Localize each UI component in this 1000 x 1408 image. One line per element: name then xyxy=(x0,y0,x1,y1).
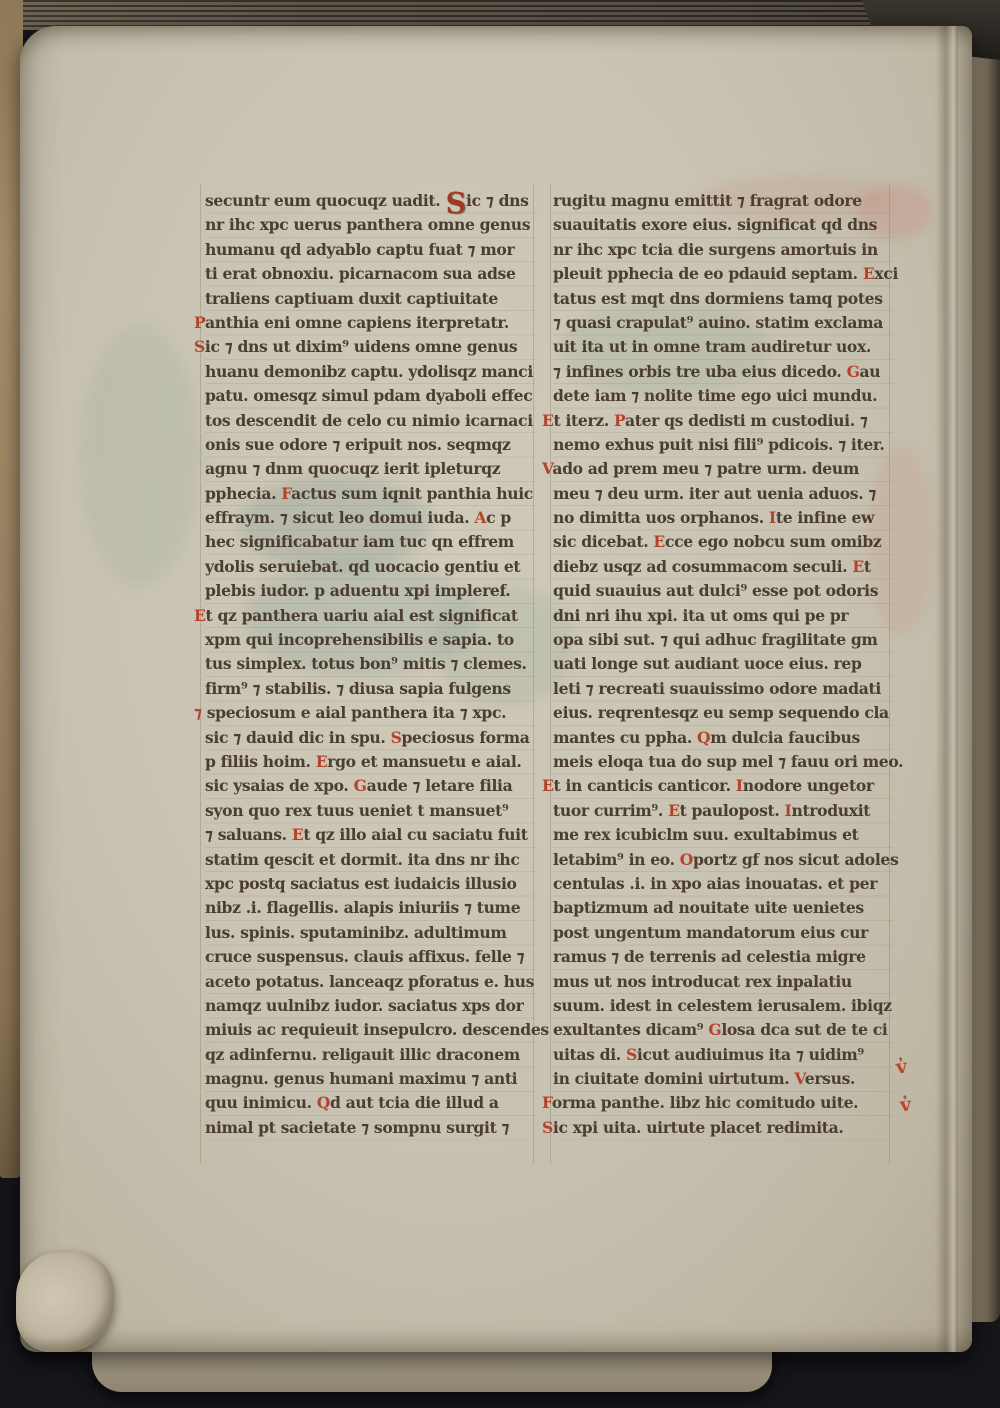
red-margin-mark: v̓ xyxy=(895,1055,909,1078)
manuscript-text: ⁊ saluans. xyxy=(205,825,292,844)
rubric-initial: E xyxy=(852,557,864,576)
manuscript-text: sic ysaias de xpo. xyxy=(205,776,354,795)
manuscript-text: meu ⁊ deu urm. iter aut uenia aduos. ⁊ xyxy=(553,484,876,503)
rubric-initial: V xyxy=(542,459,552,478)
margin-quire-marks: v̓ v̓ xyxy=(892,1056,932,1146)
manuscript-text: ⁊ quasi crapulat⁹ auino. statim exclama xyxy=(553,313,883,332)
manuscript-text: onis sue odore ⁊ eripuit nos. seqmqz xyxy=(205,435,511,454)
manuscript-text: sic ⁊ dauid dic in spu. xyxy=(205,728,391,747)
rubric-initial: E xyxy=(668,801,680,820)
manuscript-text: effraym. ⁊ sicut leo domui iuda. xyxy=(205,508,474,527)
manuscript-text: opa sibi sut. ⁊ qui adhuc fragilitate gm xyxy=(553,630,878,649)
manuscript-text: dni nri ihu xpi. ita ut oms qui pe pr xyxy=(553,606,848,625)
manuscript-line: cruce suspensus. clauis affixus. felle ⁊ xyxy=(205,945,535,969)
rubric-initial: S xyxy=(194,337,205,356)
manuscript-text: quid suauius aut dulci⁹ esse pot odoris xyxy=(553,581,878,600)
rubric-initial: E xyxy=(292,825,304,844)
manuscript-text: xpm qui incoprehensibilis e sapia. to xyxy=(205,630,514,649)
manuscript-text: orma panthe. libz hic comitudo uite. xyxy=(552,1093,858,1112)
manuscript-text: nemo exhus puit nisi fili⁹ pdicois. ⁊ it… xyxy=(553,435,884,454)
manuscript-text: eius. reqrentesqz eu semp sequendo cla xyxy=(553,703,889,722)
manuscript-text: xpc postq saciatus est iudaicis illusio xyxy=(205,874,517,893)
rubric-initial: E xyxy=(194,606,206,625)
stain xyxy=(80,326,200,586)
rubric-initial: P xyxy=(194,313,205,332)
manuscript-text: ic ⁊ dns ut dixim⁹ uidens omne genus xyxy=(205,337,517,356)
manuscript-line: agnu ⁊ dnm quocuqz ierit ipleturqz xyxy=(205,457,535,481)
manuscript-line: sic dicebat. Ecce ego nobcu sum omibz xyxy=(553,530,893,554)
manuscript-text: ntroduxit xyxy=(791,801,870,820)
rubric-initial: G xyxy=(708,1020,721,1039)
manuscript-line: Panthia eni omne capiens iterpretatr. xyxy=(194,311,535,335)
manuscript-line: hec significabatur iam tuc qn effrem xyxy=(205,530,535,554)
manuscript-line: letabim⁹ in eo. Oportz gf nos sicut adol… xyxy=(553,848,893,872)
rubric-initial: S xyxy=(542,1118,553,1137)
manuscript-line: leti ⁊ recreati suauissimo odore madati xyxy=(553,677,893,701)
manuscript-text: nodore ungetor xyxy=(743,776,874,795)
manuscript-text: cruce suspensus. clauis affixus. felle ⁊ xyxy=(205,947,524,966)
manuscript-text: post ungentum mandatorum eius cur xyxy=(553,923,868,942)
manuscript-line: nr ihc xpc tcia die surgens amortuis in xyxy=(553,238,893,262)
manuscript-text: actus sum iqnit panthia huic xyxy=(291,484,533,503)
manuscript-line: sic ⁊ dauid dic in spu. Speciosus forma xyxy=(205,726,535,750)
manuscript-text: patu. omesqz simul pdam dyaboli effec xyxy=(205,386,532,405)
text-column-left: secuntr eum quocuqz uadit. Sic ⁊ dnsnr i… xyxy=(205,189,535,1140)
manuscript-line: traliens captiuam duxit captiuitate xyxy=(205,287,535,311)
manuscript-text: magnu. genus humani maximu ⁊ anti xyxy=(205,1069,517,1088)
manuscript-line: pphecia. Factus sum iqnit panthia huic xyxy=(205,482,535,506)
manuscript-text: nr ihc xpc tcia die surgens amortuis in xyxy=(553,240,878,259)
manuscript-text: letabim⁹ in eo. xyxy=(553,850,680,869)
manuscript-line: uati longe sut audiant uoce eius. rep xyxy=(553,652,893,676)
manuscript-text: lus. spinis. sputaminibz. adultimum xyxy=(205,923,507,942)
manuscript-text: rgo et mansuetu e aial. xyxy=(327,752,521,771)
manuscript-line: nimal pt sacietate ⁊ sompnu surgit ⁊ xyxy=(205,1116,535,1140)
manuscript-text: dete iam ⁊ nolite time ego uici mundu. xyxy=(553,386,877,405)
manuscript-line: no dimitta uos orphanos. Ite infine ew xyxy=(553,506,893,530)
manuscript-text: rugitu magnu emittit ⁊ fragrat odore xyxy=(553,191,862,210)
manuscript-text: uitas di. xyxy=(553,1045,626,1064)
manuscript-line: Et iterz. Pater qs dedisti m custodiui. … xyxy=(542,409,893,433)
manuscript-text: t qz panthera uariu aial est significat xyxy=(206,606,518,625)
rubric-initial: E xyxy=(316,752,328,771)
manuscript-text: nimal pt sacietate ⁊ sompnu surgit ⁊ xyxy=(205,1118,509,1137)
manuscript-text: t xyxy=(864,557,871,576)
manuscript-text: xci xyxy=(874,264,898,283)
manuscript-line: in ciuitate domini uirtutum. Versus. xyxy=(553,1067,893,1091)
manuscript-text: meis eloqa tua do sup mel ⁊ fauu ori meo… xyxy=(553,752,903,771)
manuscript-text: ic ⁊ dns xyxy=(466,191,529,210)
rubric-initial: ⁊ xyxy=(194,703,202,722)
manuscript-text: agnu ⁊ dnm quocuqz ierit ipleturqz xyxy=(205,459,500,478)
manuscript-text: ti erat obnoxiu. picarnacom sua adse xyxy=(205,264,516,283)
manuscript-text: leti ⁊ recreati suauissimo odore madati xyxy=(553,679,881,698)
rubric-initial: Q xyxy=(697,728,710,747)
manuscript-line: tuor currim⁹. Et paulopost. Introduxit xyxy=(553,799,893,823)
manuscript-line: suum. idest in celestem ierusalem. ibiqz xyxy=(553,994,893,1018)
text-column-right: rugitu magnu emittit ⁊ fragrat odoresuau… xyxy=(553,189,893,1140)
rubric-initial: F xyxy=(542,1093,552,1112)
manuscript-text: nr ihc xpc uerus panthera omne genus xyxy=(205,215,530,234)
manuscript-line: quid suauius aut dulci⁹ esse pot odoris xyxy=(553,579,893,603)
manuscript-text: huanu demonibz captu. ydolisqz manci xyxy=(205,362,533,381)
manuscript-line: Forma panthe. libz hic comitudo uite. xyxy=(542,1091,893,1115)
manuscript-text: nibz .i. flagellis. alapis iniuriis ⁊ tu… xyxy=(205,898,520,917)
manuscript-text: mantes cu ppha. xyxy=(553,728,697,747)
manuscript-text: plebis iudor. p aduentu xpi impleref. xyxy=(205,581,510,600)
manuscript-text: au xyxy=(860,362,881,381)
manuscript-line: magnu. genus humani maximu ⁊ anti xyxy=(205,1067,535,1091)
manuscript-line: nemo exhus puit nisi fili⁹ pdicois. ⁊ it… xyxy=(553,433,893,457)
damaged-binding-corner xyxy=(16,1252,114,1352)
manuscript-text: uit ita ut in omne tram audiretur uox. xyxy=(553,337,871,356)
manuscript-text: t iterz. xyxy=(554,411,614,430)
manuscript-line: statim qescit et dormit. ita dns nr ihc xyxy=(205,848,535,872)
rubric-initial: F xyxy=(281,484,291,503)
manuscript-text: sic dicebat. xyxy=(553,532,653,551)
manuscript-text: pleuit pphecia de eo pdauid septam. xyxy=(553,264,863,283)
manuscript-line: humanu qd adyablo captu fuat ⁊ mor xyxy=(205,238,535,262)
rubric-initial: P xyxy=(614,411,625,430)
rubric-initial: V xyxy=(794,1069,804,1088)
manuscript-photograph: secuntr eum quocuqz uadit. Sic ⁊ dnsnr i… xyxy=(0,0,1000,1408)
manuscript-text: ⁊ infines orbis tre uba eius dicedo. xyxy=(553,362,847,381)
manuscript-text: namqz uulnibz iudor. saciatus xps dor xyxy=(205,996,524,1015)
manuscript-text: peciosus forma xyxy=(402,728,530,747)
manuscript-text: miuis ac requieuit insepulcro. descendes xyxy=(205,1020,549,1039)
rubric-initial: S xyxy=(391,728,402,747)
rubric-initial: S xyxy=(626,1045,637,1064)
manuscript-line: qz adinfernu. religauit illic draconem xyxy=(205,1043,535,1067)
manuscript-text: firm⁹ ⁊ stabilis. ⁊ diusa sapia fulgens xyxy=(205,679,511,698)
manuscript-line: miuis ac requieuit insepulcro. descendes xyxy=(205,1018,535,1042)
manuscript-line: uitas di. Sicut audiuimus ita ⁊ uidim⁹ xyxy=(553,1043,893,1067)
manuscript-line: plebis iudor. p aduentu xpi impleref. xyxy=(205,579,535,603)
manuscript-text: ater qs dedisti m custodiui. ⁊ xyxy=(625,411,868,430)
manuscript-text: t qz illo aial cu saciatu fuit xyxy=(303,825,527,844)
manuscript-text: ic xpi uita. uirtute placet redimita. xyxy=(553,1118,844,1137)
manuscript-line: ydolis seruiebat. qd uocacio gentiu et xyxy=(205,555,535,579)
manuscript-text: tuor currim⁹. xyxy=(553,801,668,820)
manuscript-text: mus ut nos introducat rex inpalatiu xyxy=(553,972,852,991)
manuscript-text: te infine ew xyxy=(776,508,874,527)
manuscript-text: p filiis hoim. xyxy=(205,752,316,771)
manuscript-line: huanu demonibz captu. ydolisqz manci xyxy=(205,360,535,384)
manuscript-line: uit ita ut in omne tram audiretur uox. xyxy=(553,335,893,359)
rubric-initial: E xyxy=(542,411,554,430)
manuscript-text: d aut tcia die illud a xyxy=(330,1093,499,1112)
manuscript-text: anthia eni omne capiens iterpretatr. xyxy=(205,313,509,332)
manuscript-line: xpm qui incoprehensibilis e sapia. to xyxy=(205,628,535,652)
manuscript-line: secuntr eum quocuqz uadit. Sic ⁊ dns xyxy=(205,189,535,213)
manuscript-line: lus. spinis. sputaminibz. adultimum xyxy=(205,921,535,945)
manuscript-line: Sic xpi uita. uirtute placet redimita. xyxy=(542,1116,893,1140)
rubric-initial: G xyxy=(847,362,860,381)
manuscript-text: tatus est mqt dns dormiens tamq potes xyxy=(553,289,883,308)
manuscript-line: patu. omesqz simul pdam dyaboli effec xyxy=(205,384,535,408)
red-margin-mark: v̓ xyxy=(899,1093,912,1116)
manuscript-text: losa dca sut de te ci xyxy=(721,1020,887,1039)
manuscript-line: firm⁹ ⁊ stabilis. ⁊ diusa sapia fulgens xyxy=(205,677,535,701)
manuscript-line: ⁊ quasi crapulat⁹ auino. statim exclama xyxy=(553,311,893,335)
manuscript-line: diebz usqz ad cosummacom seculi. Et xyxy=(553,555,893,579)
manuscript-text: humanu qd adyablo captu fuat ⁊ mor xyxy=(205,240,514,259)
manuscript-text: syon quo rex tuus ueniet t mansuet⁹ xyxy=(205,801,509,820)
manuscript-line: nr ihc xpc uerus panthera omne genus xyxy=(205,213,535,237)
manuscript-line: baptizmum ad nouitate uite uenietes xyxy=(553,896,893,920)
manuscript-line: sic ysaias de xpo. Gaude ⁊ letare filia xyxy=(205,774,535,798)
manuscript-text: tus simplex. totus bon⁹ mitis ⁊ clemes. xyxy=(205,654,527,673)
manuscript-line: Et qz panthera uariu aial est significat xyxy=(194,604,535,628)
manuscript-text: speciosum e aial panthera ita ⁊ xpc. xyxy=(202,703,507,722)
manuscript-text: tos descendit de celo cu nimio icarnaci xyxy=(205,411,533,430)
manuscript-text: m dulcia faucibus xyxy=(710,728,860,747)
manuscript-text: t in canticis canticor. xyxy=(554,776,736,795)
manuscript-line: nibz .i. flagellis. alapis iniuriis ⁊ tu… xyxy=(205,896,535,920)
manuscript-text: portz gf nos sicut adoles xyxy=(693,850,898,869)
manuscript-line: onis sue odore ⁊ eripuit nos. seqmqz xyxy=(205,433,535,457)
manuscript-line: meu ⁊ deu urm. iter aut uenia aduos. ⁊ xyxy=(553,482,893,506)
manuscript-page: secuntr eum quocuqz uadit. Sic ⁊ dnsnr i… xyxy=(20,26,972,1352)
rubric-initial: I xyxy=(769,508,776,527)
manuscript-line: ⁊ speciosum e aial panthera ita ⁊ xpc. xyxy=(194,701,535,725)
manuscript-line: suauitatis exore eius. significat qd dns xyxy=(553,213,893,237)
manuscript-line: dni nri ihu xpi. ita ut oms qui pe pr xyxy=(553,604,893,628)
manuscript-text: hec significabatur iam tuc qn effrem xyxy=(205,532,514,551)
rubric-initial: O xyxy=(680,850,693,869)
manuscript-text: t paulopost. xyxy=(680,801,785,820)
manuscript-line: mantes cu ppha. Qm dulcia faucibus xyxy=(553,726,893,750)
manuscript-text: pphecia. xyxy=(205,484,281,503)
manuscript-text: no dimitta uos orphanos. xyxy=(553,508,769,527)
rubric-initial: Q xyxy=(317,1093,330,1112)
manuscript-line: rugitu magnu emittit ⁊ fragrat odore xyxy=(553,189,893,213)
manuscript-text: suauitatis exore eius. significat qd dns xyxy=(553,215,877,234)
manuscript-text: ramus ⁊ de terrenis ad celestia migre xyxy=(553,947,866,966)
manuscript-text: uati longe sut audiant uoce eius. rep xyxy=(553,654,862,673)
manuscript-line: ti erat obnoxiu. picarnacom sua adse xyxy=(205,262,535,286)
rubric-initial: I xyxy=(736,776,743,795)
manuscript-line: Sic ⁊ dns ut dixim⁹ uidens omne genus xyxy=(194,335,535,359)
manuscript-text: ersus. xyxy=(805,1069,855,1088)
manuscript-line: meis eloqa tua do sup mel ⁊ fauu ori meo… xyxy=(553,750,893,774)
manuscript-line: tos descendit de celo cu nimio icarnaci xyxy=(205,409,535,433)
manuscript-line: aceto potatus. lanceaqz pforatus e. hus xyxy=(205,970,535,994)
manuscript-line: namqz uulnibz iudor. saciatus xps dor xyxy=(205,994,535,1018)
manuscript-text: suum. idest in celestem ierusalem. ibiqz xyxy=(553,996,892,1015)
manuscript-text: statim qescit et dormit. ita dns nr ihc xyxy=(205,850,520,869)
manuscript-text: ydolis seruiebat. qd uocacio gentiu et xyxy=(205,557,520,576)
manuscript-line: ramus ⁊ de terrenis ad celestia migre xyxy=(553,945,893,969)
manuscript-text: qz adinfernu. religauit illic draconem xyxy=(205,1045,520,1064)
manuscript-line: xpc postq saciatus est iudaicis illusio xyxy=(205,872,535,896)
manuscript-line: syon quo rex tuus ueniet t mansuet⁹ xyxy=(205,799,535,823)
manuscript-line: quu inimicu. Qd aut tcia die illud a xyxy=(205,1091,535,1115)
rubric-initial: G xyxy=(354,776,367,795)
manuscript-line: opa sibi sut. ⁊ qui adhuc fragilitate gm xyxy=(553,628,893,652)
manuscript-text: cce ego nobcu sum omibz xyxy=(665,532,881,551)
manuscript-text: diebz usqz ad cosummacom seculi. xyxy=(553,557,852,576)
page-fold-highlight xyxy=(936,26,958,1352)
manuscript-line: post ungentum mandatorum eius cur xyxy=(553,921,893,945)
manuscript-line: dete iam ⁊ nolite time ego uici mundu. xyxy=(553,384,893,408)
manuscript-line: mus ut nos introducat rex inpalatiu xyxy=(553,970,893,994)
manuscript-text: aceto potatus. lanceaqz pforatus e. hus xyxy=(205,972,534,991)
manuscript-line: Vado ad prem meu ⁊ patre urm. deum xyxy=(542,457,893,481)
manuscript-text: c p xyxy=(486,508,511,527)
manuscript-line: tus simplex. totus bon⁹ mitis ⁊ clemes. xyxy=(205,652,535,676)
manuscript-line: p filiis hoim. Ergo et mansuetu e aial. xyxy=(205,750,535,774)
manuscript-text: aude ⁊ letare filia xyxy=(367,776,513,795)
manuscript-text: ado ad prem meu ⁊ patre urm. deum xyxy=(552,459,859,478)
manuscript-text: centulas .i. in xpo aias inouatas. et pe… xyxy=(553,874,877,893)
rubric-initial: E xyxy=(542,776,554,795)
manuscript-line: eius. reqrentesqz eu semp sequendo cla xyxy=(553,701,893,725)
manuscript-text: quu inimicu. xyxy=(205,1093,317,1112)
manuscript-text: icut audiuimus ita ⁊ uidim⁹ xyxy=(637,1045,864,1064)
manuscript-line: effraym. ⁊ sicut leo domui iuda. Ac p xyxy=(205,506,535,530)
manuscript-line: me rex icubiclm suu. exultabimus et xyxy=(553,823,893,847)
manuscript-line: pleuit pphecia de eo pdauid septam. Exci xyxy=(553,262,893,286)
rubric-initial: E xyxy=(863,264,875,283)
manuscript-line: ⁊ infines orbis tre uba eius dicedo. Gau xyxy=(553,360,893,384)
manuscript-line: centulas .i. in xpo aias inouatas. et pe… xyxy=(553,872,893,896)
manuscript-text: traliens captiuam duxit captiuitate xyxy=(205,289,498,308)
rubric-initial: E xyxy=(653,532,665,551)
rubric-initial: A xyxy=(474,508,486,527)
manuscript-line: exultantes dicam⁹ Glosa dca sut de te ci xyxy=(553,1018,893,1042)
manuscript-text: in ciuitate domini uirtutum. xyxy=(553,1069,794,1088)
manuscript-text: exultantes dicam⁹ xyxy=(553,1020,708,1039)
manuscript-line: Et in canticis canticor. Inodore ungetor xyxy=(542,774,893,798)
manuscript-text: baptizmum ad nouitate uite uenietes xyxy=(553,898,864,917)
manuscript-line: tatus est mqt dns dormiens tamq potes xyxy=(553,287,893,311)
manuscript-text: me rex icubiclm suu. exultabimus et xyxy=(553,825,859,844)
manuscript-text: secuntr eum quocuqz uadit. xyxy=(205,191,445,210)
manuscript-line: ⁊ saluans. Et qz illo aial cu saciatu fu… xyxy=(205,823,535,847)
